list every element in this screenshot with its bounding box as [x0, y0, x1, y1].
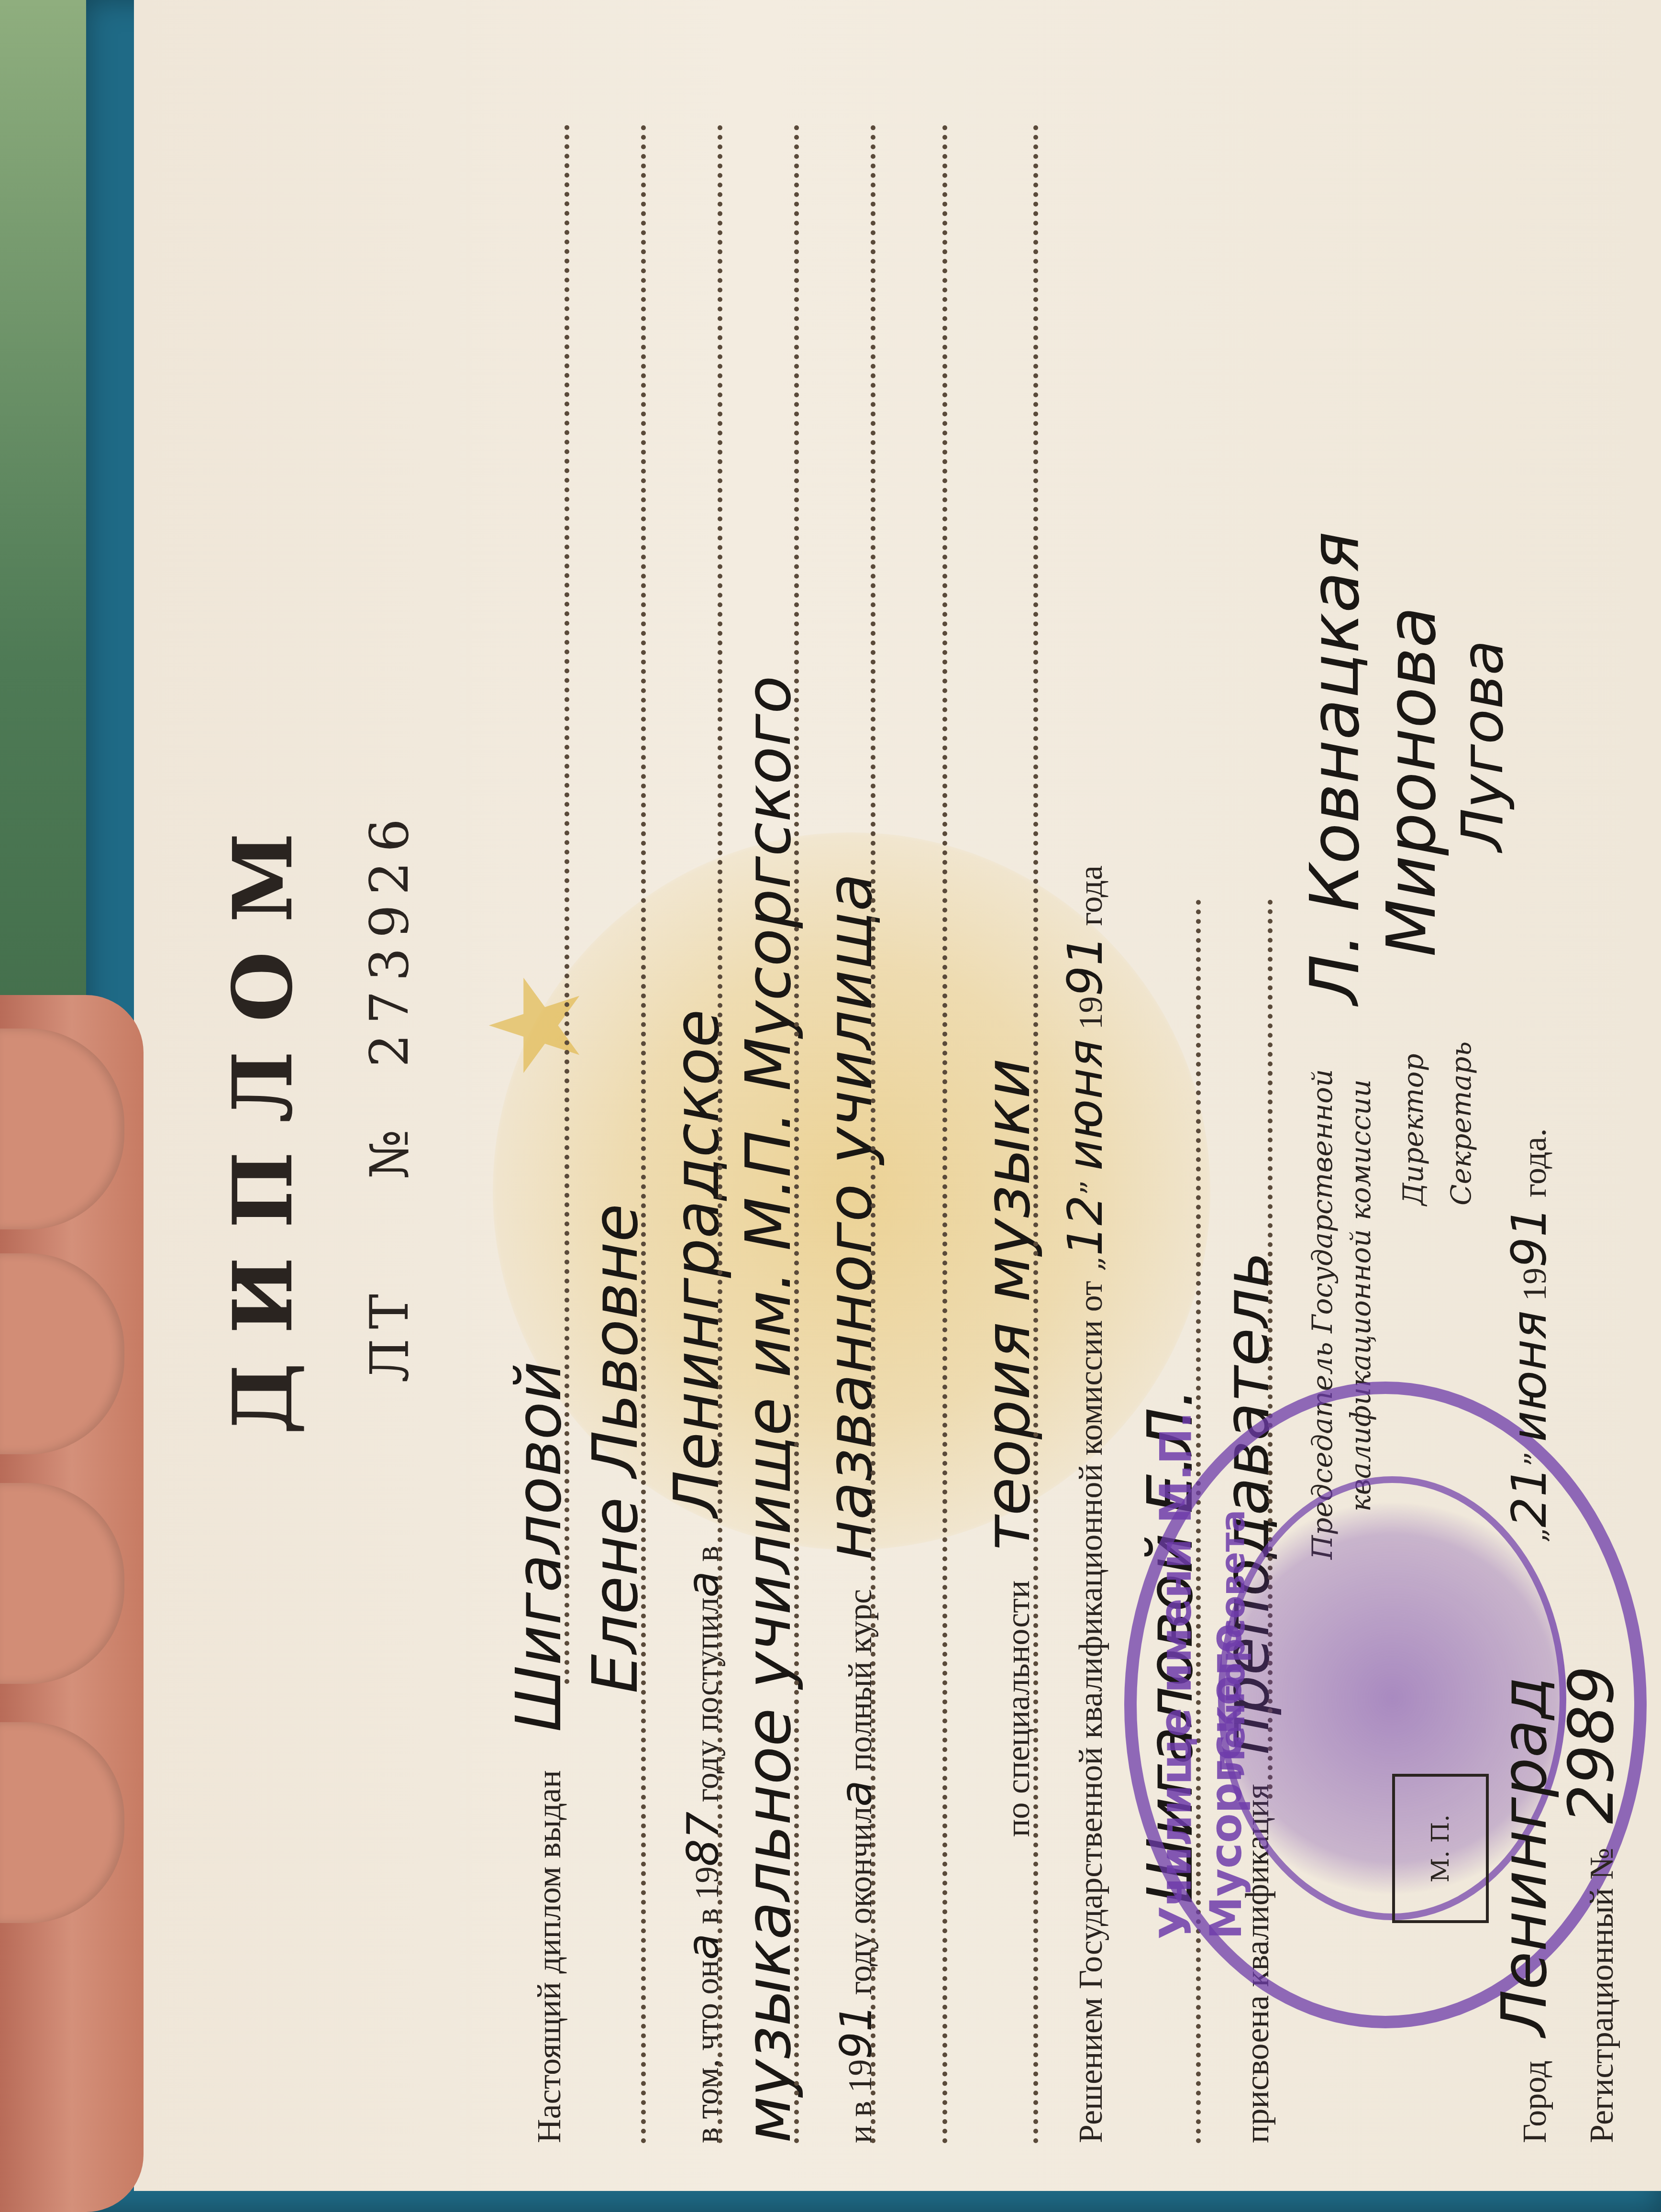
series: ЛТ	[359, 1284, 420, 1382]
dotted-line	[1033, 124, 1038, 2143]
registration-row: Регистрационный № 2989	[1555, 1666, 1622, 2143]
commission-text: Решением Государственной квалификационно…	[1073, 1281, 1109, 2143]
diploma-document: ★ ДИПЛОМ ЛТ № 273926 Настоящий диплом вы…	[158, 67, 1631, 2172]
director-signature: Миронова	[1373, 607, 1451, 957]
diploma-serial: ЛТ № 273926	[359, 809, 420, 1382]
dotted-line	[794, 124, 799, 2143]
specialty-label: по специальности	[1000, 1581, 1037, 1837]
issue-suffix: года.	[1517, 1128, 1553, 1197]
graduated-row: и в 1991 году окончила полный курс назва…	[813, 873, 880, 2143]
issue-day: 21	[1501, 1467, 1557, 1527]
year-prefix: 19	[1073, 996, 1109, 1030]
dotted-line	[641, 124, 646, 2143]
diploma-title: ДИПЛОМ	[215, 67, 311, 2172]
mp-box: М. П.	[1392, 1774, 1489, 1923]
issued-label: Настоящий диплом выдан	[531, 1770, 568, 2143]
issue-month: июня	[1501, 1311, 1557, 1442]
dotted-line	[871, 124, 875, 2143]
commission-year: 91	[1057, 935, 1113, 996]
city-row: Город Ленинград „21” июня 1991 года.	[1488, 1128, 1555, 2143]
institution-row: музыкальное училище им. М.П. Мусоргского	[732, 676, 799, 2143]
star-icon: ★	[464, 970, 609, 1081]
issue-year: 91	[1501, 1207, 1557, 1268]
city-label: Город	[1517, 2060, 1553, 2143]
specialty-row: по специальности теория музыки	[971, 1058, 1038, 2143]
registration-number: 2989	[1555, 1666, 1628, 1824]
commission-row: Решением Государственной квалификационно…	[1057, 865, 1124, 2143]
dotted-line	[718, 124, 722, 2143]
commission-month: июня	[1057, 1039, 1113, 1171]
director-label: Директор	[1397, 1053, 1429, 1206]
commission-suffix: года	[1073, 865, 1109, 926]
dotted-line	[565, 124, 569, 1684]
secretary-label: Секретарь	[1445, 1041, 1477, 1206]
registration-label: Регистрационный №	[1583, 1848, 1620, 2143]
city: Ленинград	[1488, 1677, 1561, 2037]
issued-row: Настоящий диплом выдан Шигаловой	[502, 1361, 569, 2143]
secretary-signature: Лугова	[1450, 640, 1516, 852]
name-row: Елене Львовне	[579, 1204, 646, 1693]
dotted-line	[942, 124, 947, 2143]
commission-day: 12	[1057, 1195, 1113, 1256]
diploma-number: 273926	[359, 809, 420, 1067]
stamp-inner-text: Ленгорсовета	[1213, 1510, 1252, 1777]
chair-signature: Л. Ковнацкая	[1296, 531, 1374, 1005]
number-sign: №	[359, 1120, 420, 1179]
year-prefix: 19	[1517, 1268, 1553, 1301]
enrolled-row: в том, что она в 1987 году поступила в Л…	[660, 1009, 727, 2143]
